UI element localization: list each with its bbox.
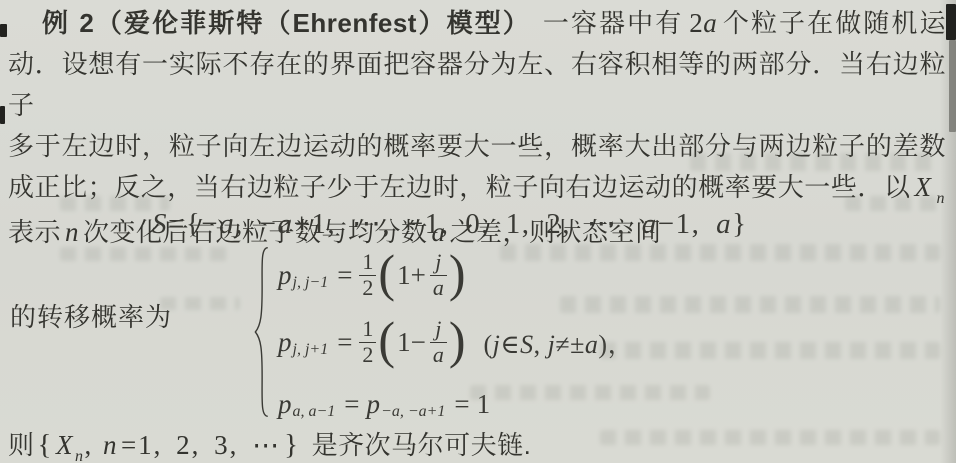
math-var-S: S	[520, 330, 534, 359]
math-text: 1−	[397, 327, 426, 358]
not-equal-plusminus-sign: ≠±	[555, 330, 585, 359]
body-text: 则	[8, 430, 35, 460]
math-text: 1+	[397, 260, 426, 291]
math-subscript: −a, −a+1	[381, 403, 445, 421]
scan-edge-mark	[0, 24, 7, 37]
right-paren: )	[449, 314, 466, 366]
equation-p-j-jminus1: pj, j−1 = 12 ( 1+ ja )	[278, 246, 467, 304]
math-var-a: a	[716, 208, 732, 240]
body-text: 表示	[8, 217, 61, 247]
scan-edge-mark	[949, 40, 956, 132]
left-curly-brace: {	[38, 429, 52, 461]
text-line-2: 动．设想有一实际不存在的界面把容器分为左、右容积相等的两部分．当右边粒子	[8, 44, 946, 126]
math-sub-n: n	[75, 448, 84, 463]
bleedthrough-artifact	[690, 153, 940, 171]
math-text: ,	[534, 330, 548, 359]
bleedthrough-artifact	[845, 196, 945, 211]
equals-sign: =	[454, 389, 469, 420]
scan-edge-mark	[946, 4, 956, 40]
system-brace-icon	[252, 246, 270, 418]
bleedthrough-artifact	[500, 244, 940, 261]
denominator: a	[430, 342, 447, 367]
math-text: (	[483, 330, 492, 359]
math-var-p: p	[278, 327, 292, 358]
numerator: j	[432, 250, 444, 274]
math-var-a: a	[585, 330, 599, 359]
right-curly-brace: }	[284, 429, 298, 461]
example-title: 例 2（爱伦菲斯特（Ehrenfest）模型）	[42, 8, 531, 38]
math-subscript: j, j+1	[293, 341, 329, 359]
math-var-a: a	[703, 8, 717, 38]
element-of-sign: ∈	[500, 330, 520, 359]
math-var-a: a	[219, 208, 235, 240]
bleedthrough-artifact	[560, 296, 940, 313]
math-text: ={−	[168, 208, 219, 240]
math-var-p: p	[278, 389, 292, 420]
transition-probability-label: 的转移概率为	[10, 297, 172, 334]
equation-p-j-jplus1: pj, j+1 = 12 ( 1− ja ) (j∈S, j≠±a)，	[278, 312, 634, 372]
bleedthrough-artifact	[470, 385, 710, 400]
textbook-page: 例 2（爱伦菲斯特（Ehrenfest）模型）一容器中有2a个粒子在做随机运 动…	[0, 0, 956, 463]
bleedthrough-artifact	[60, 247, 230, 261]
math-text: −1,	[658, 208, 716, 240]
math-var-a: a	[642, 208, 658, 240]
equation-boundary: pa, a−1 = p−a, −a+1 = 1	[278, 384, 490, 424]
math-text: ,	[84, 430, 99, 460]
equals-sign: =	[337, 260, 352, 291]
math-var-X: X	[56, 430, 73, 460]
equals-sign: =	[337, 327, 352, 358]
body-text: 一容器中有	[543, 8, 683, 38]
fraction-one-half: 12	[359, 250, 376, 299]
right-paren: )	[449, 247, 466, 299]
equals-sign: =	[344, 389, 359, 420]
math-var-p: p	[278, 260, 292, 291]
left-paren: (	[378, 247, 395, 299]
numerator: 1	[359, 250, 376, 274]
numerator: j	[432, 317, 444, 341]
math-text: , −	[235, 208, 277, 240]
body-text: 个粒子在做随机运	[721, 8, 946, 38]
scan-edge-mark	[0, 106, 5, 124]
math-var-n: n	[103, 430, 117, 460]
math-var-a: a	[278, 208, 294, 240]
denominator: a	[430, 275, 447, 300]
state-space-equation: S={−a, −a+1, ⋯, −1, 0, 1, 2, ⋯, a−1, a}	[152, 206, 748, 241]
math-number: 2	[689, 8, 703, 38]
math-var-p: p	[367, 389, 381, 420]
math-var-S: S	[152, 208, 168, 240]
denominator: 2	[359, 275, 376, 300]
fraction-j-over-a: ja	[430, 317, 447, 366]
body-text: 是齐次马尔可夫链.	[312, 430, 532, 460]
math-text: +1, ⋯, −1, 0, 1, 2, ⋯,	[294, 208, 642, 240]
math-subscript: j, j−1	[293, 274, 329, 292]
numerator: 1	[359, 317, 376, 341]
bleedthrough-artifact	[160, 297, 240, 310]
denominator: 2	[359, 342, 376, 367]
fraction-j-over-a: ja	[430, 250, 447, 299]
math-subscript: a, a−1	[293, 403, 336, 421]
left-paren: (	[378, 314, 395, 366]
math-text: }	[732, 208, 747, 240]
math-sequence: =1, 2, 3, ⋯	[121, 430, 281, 460]
bleedthrough-artifact	[600, 430, 940, 445]
text-line-1: 例 2（爱伦菲斯特（Ehrenfest）模型）一容器中有2a个粒子在做随机运	[8, 3, 946, 44]
bleedthrough-artifact	[60, 196, 170, 211]
math-var-n: n	[65, 217, 79, 247]
conclusion-line: 则{Xn, n=1, 2, 3, ⋯}是齐次马尔可夫链.	[8, 425, 531, 462]
bleedthrough-artifact	[600, 342, 940, 359]
fraction-one-half: 12	[359, 317, 376, 366]
